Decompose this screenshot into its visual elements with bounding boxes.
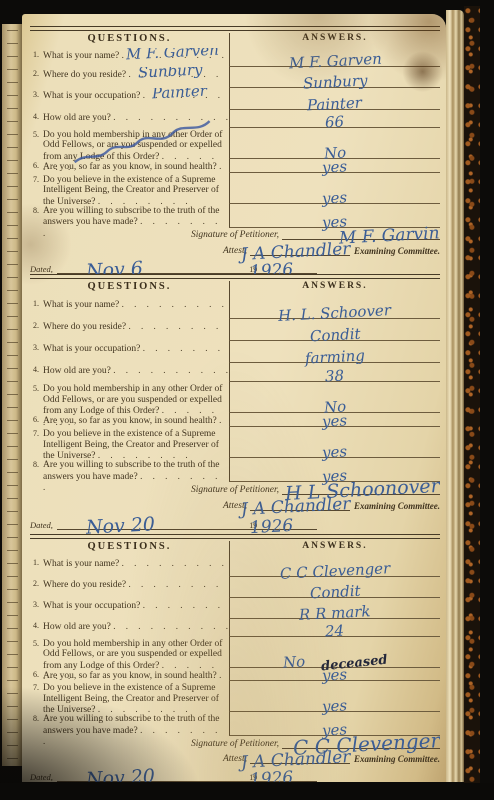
question-text: Are you, so far as you know, in sound he… [43,416,217,426]
dot-leader: . . . . . . . . [219,161,229,171]
signature-line: H L Schoonover [282,481,440,495]
dated-label: Dated, [30,520,53,530]
signature-row: Signature of Petitioner, M F. Garvin [30,228,440,241]
question-row: 2.Where do you reside? . . . . . . . . .… [30,319,440,341]
dot-leader: . . . . . . . . . . . . . . . . . . . . [122,558,229,568]
question-text: How old are you? [43,622,111,632]
answer-line: H. L. Schoover [229,297,440,319]
answer-line: 38 [229,363,440,382]
question-text: What is your occupation? [43,91,140,101]
question-number: 8. [33,460,39,471]
question-row: 1.What is your name? . . . . . . . . . .… [30,48,440,66]
questions-header: QUESTIONS. [30,541,229,556]
question-number: 1. [33,299,39,310]
question-row: 3.What is your occupation? . . . . . . .… [30,88,440,109]
handwritten-name-inline: M F. Garven [126,48,220,62]
dot-leader: . . . . . . . . . . . . . . . . . . . . [128,579,228,589]
dot-leader: . . . . . . . . . . . . . . . . . . . . [128,321,228,331]
answer-line: Sunbury [229,67,440,88]
dot-leader: . . . . . . . . . . . . . . . . . . . . [143,343,229,353]
question-number: 7. [33,175,39,186]
question-number: 3. [33,90,39,101]
answer-line: yes [229,159,440,173]
question-number: 8. [33,714,39,725]
question-number: 8. [33,206,39,217]
examining-committee-label: Examining Committee. [354,246,440,256]
photo-black-border [0,783,494,800]
signature-row: Signature of Petitioner, H L Schoonover [30,482,440,495]
question-number: 1. [33,50,39,61]
question-row: 1.What is your name? . . . . . . . . . .… [30,556,440,577]
attest-signature: J A Chandler [240,496,350,519]
question-number: 7. [33,683,39,694]
answer-line: No [229,128,440,159]
handwritten-date: Nov 20 [85,515,155,534]
question-row: 7.Do you believe in the existence of a S… [30,173,440,204]
answer-line: 24 [229,619,440,637]
answers-header: ANSWERS. [229,281,440,297]
question-row: 7.Do you believe in the existence of a S… [30,427,440,458]
question-row: 6.Are you, so far as you know, in sound … [30,413,440,427]
answer-line: No [229,382,440,413]
answer-line: farming [229,341,440,363]
scanned-ledger-photo: QUESTIONS. ANSWERS. 1.What is your name?… [0,0,494,800]
question-number: 6. [33,670,39,681]
handwritten-occupation-inline: Painter [152,88,208,101]
question-row: 4.How old are you? . . . . . . . . . . .… [30,619,440,637]
answer-line: yes [229,413,440,427]
book-page-edges [446,10,464,782]
question-text: What is your name? [43,300,119,310]
question-number: 4. [33,365,39,376]
answers-header: ANSWERS. [229,541,440,556]
attest-row: Attest, J A Chandler Examining Committee… [30,749,440,764]
attest-signature: J A Chandler [240,749,350,772]
dot-leader: . . . . . . . . . . . . . . . . . . . . [113,365,229,375]
question-row: 4.How old are you? . . . . . . . . . . .… [30,363,440,382]
question-number: 2. [33,321,39,332]
question-number: 4. [33,621,39,632]
answer-line: C C Clevenger [229,556,440,577]
dated-label: Dated, [30,772,53,782]
question-number: 5. [33,384,39,395]
question-row: 2.Where do you reside? . . . . . . . . .… [30,577,440,598]
question-number: 5. [33,639,39,650]
handwritten-residence-inline: Sunbury [138,67,203,81]
question-number: 3. [33,600,39,611]
attest-signature: J A Chandler [240,241,350,264]
dot-leader: . . . . . . . . . . . . . . . . . . . . [113,621,229,631]
questions-header: QUESTIONS. [30,281,229,297]
answer-line: Condit [229,577,440,598]
question-row: 5.Do you hold membership in any other Or… [30,128,440,159]
answer-line: Painter [229,88,440,109]
question-number: 6. [33,161,39,172]
question-number: 4. [33,112,39,123]
question-row: 2.Where do you reside? . . . . . . . . .… [30,67,440,88]
question-text: What is your occupation? [43,601,140,611]
answer-line: Nodeceased [229,637,440,668]
answer-line: R R mark [229,598,440,619]
question-row: 3.What is your occupation? . . . . . . .… [30,598,440,619]
signature-row: Signature of Petitioner, C C Clevenger [30,736,440,748]
section-divider-rule [30,26,440,31]
answers-header: ANSWERS. [229,33,440,49]
handwritten-date: Nov 20 [85,767,155,782]
question-number: 5. [33,130,39,141]
question-row: 6.Are you, so far as you know, in sound … [30,668,440,682]
question-row: 1.What is your name? . . . . . . . . . .… [30,297,440,319]
question-row: 7.Do you believe in the existence of a S… [30,681,440,712]
handwritten-year: 1926 [250,518,294,534]
question-text: Where do you reside? [43,580,126,590]
question-text: Where do you reside? [43,70,126,80]
question-text: What is your name? [43,559,119,569]
attest-line: J A Chandler [250,239,350,256]
question-number: 3. [33,343,39,354]
question-text: What is your occupation? [43,344,140,354]
question-text: How old are you? [43,113,111,123]
attest-line: J A Chandler [250,748,350,764]
question-number: 6. [33,415,39,426]
question-text: Are you, so far as you know, in sound he… [43,162,217,172]
signature-line: M F. Garvin [282,227,440,241]
question-row: 3.What is your occupation? . . . . . . .… [30,341,440,363]
question-number: 2. [33,579,39,590]
signature-line: C C Clevenger [282,735,440,748]
dot-leader: . . . . . . . . . . . . . . . . . . . . [143,600,229,610]
questions-header: QUESTIONS. [30,33,229,49]
question-number: 1. [33,558,39,569]
section-divider-rule [30,534,440,539]
examining-committee-label: Examining Committee. [354,754,440,764]
question-number: 2. [33,69,39,80]
attest-line: J A Chandler [250,494,350,511]
answer-line: yes [229,427,440,458]
answer-line: Condit [229,319,440,341]
question-number: 7. [33,429,39,440]
answer-line: yes [229,681,440,712]
marbled-book-cover-edge [464,6,480,788]
dot-leader: . . . . . . . . . . . . . . . . . . . . [122,299,229,309]
dated-label: Dated, [30,264,53,274]
petition-form-1: QUESTIONS. ANSWERS. 1.What is your name?… [30,26,440,274]
petition-form-2: QUESTIONS. ANSWERS. 1.What is your name?… [30,274,440,534]
question-row: 4.How old are you? . . . . . . . . . . .… [30,110,440,128]
answer-line: 66 [229,110,440,128]
question-text: How old are you? [43,366,111,376]
attest-row: Attest, J A Chandler Examining Committee… [30,495,440,511]
question-text: What is your name? [43,51,119,61]
handwritten-date: Nov 6 [85,260,143,274]
examining-committee-label: Examining Committee. [354,501,440,511]
question-row: 8.Are you willing to subscribe to the tr… [30,204,440,228]
attest-row: Attest, J A Chandler Examining Committee… [30,240,440,256]
question-text: Where do you reside? [43,322,126,332]
answer-line: M F. Garven [229,48,440,66]
section-divider-rule [30,274,440,279]
petition-form-3: QUESTIONS. ANSWERS. 1.What is your name?… [30,534,440,782]
dot-leader: . . . . . . . . [219,670,229,680]
question-text: Are you, so far as you know, in sound he… [43,671,217,681]
dot-leader: . . . . . . . . [219,415,229,425]
answer-line: yes [229,173,440,204]
question-row: 5.Do you hold membership in any other Or… [30,382,440,413]
ledger-page: QUESTIONS. ANSWERS. 1.What is your name?… [22,14,446,782]
answer-line: yes [229,204,440,228]
facing-page-sliver [2,24,22,766]
answer-line: yes [229,668,440,682]
question-row: 5.Do you hold membership in any other Or… [30,637,440,668]
